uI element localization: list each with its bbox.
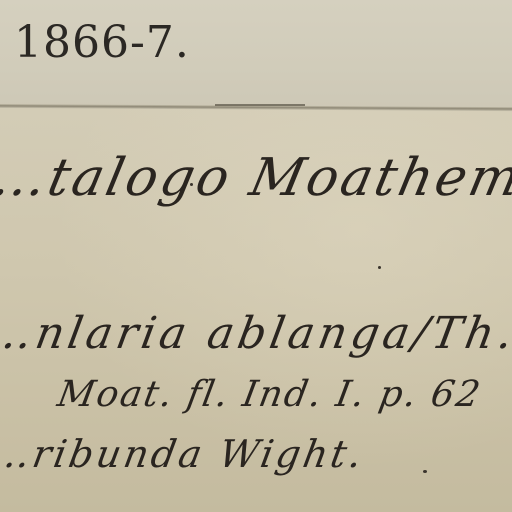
ink-speck <box>190 183 193 186</box>
handwritten-line-reference: Moat. fl. Ind. I. p. 62 <box>54 374 484 415</box>
handwritten-line-species-name: …nlaria ablanga/Th… <box>0 308 512 359</box>
handwritten-line-catalogue-title: …talogo Moathem <box>0 148 512 208</box>
document-photo: 1866-7. …talogo Moathem …nlaria ablanga/… <box>0 0 512 512</box>
fold-shadow-mark <box>215 104 305 106</box>
ink-speck <box>423 470 427 473</box>
handwritten-line-synonym: …ribunda Wight. <box>0 432 368 476</box>
printed-year-header: 1866-7. <box>14 18 190 68</box>
ink-speck <box>378 266 381 269</box>
top-paper-sheet: 1866-7. <box>0 0 512 110</box>
